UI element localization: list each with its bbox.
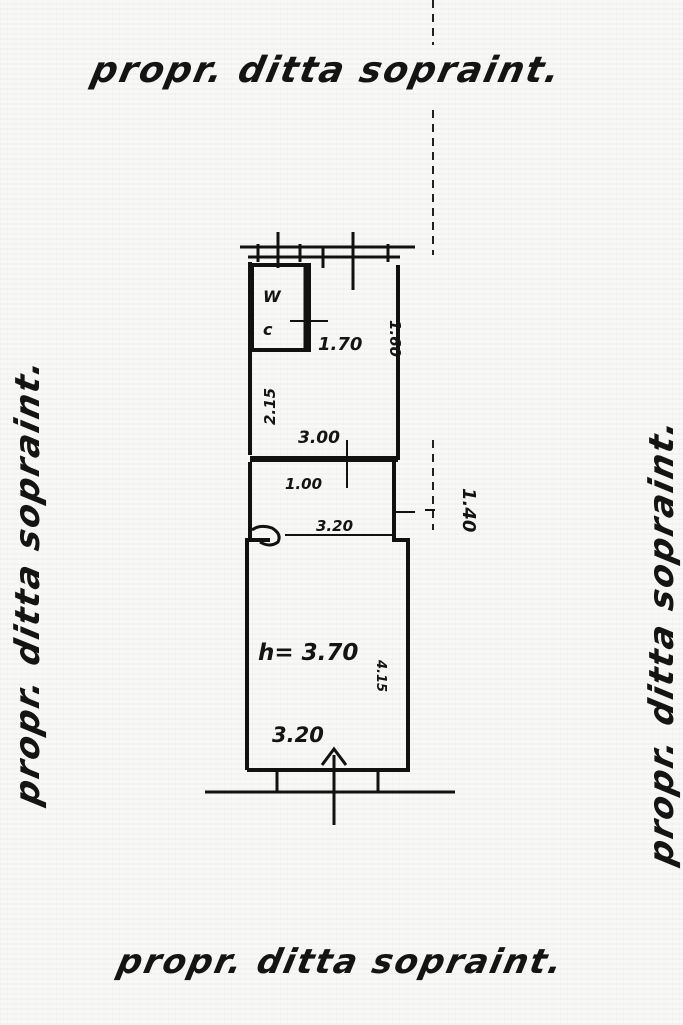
height-dimension: 1.60 (386, 320, 404, 357)
bottom-boundary (205, 749, 455, 825)
main-room-width: 3.20 (272, 723, 324, 747)
kitchen-width-dimension: 3.00 (298, 428, 340, 448)
wc-label-w: W (263, 287, 282, 306)
top-boundary (240, 232, 415, 290)
passage-width-dimension: 1.00 (285, 475, 322, 493)
wc-label-c: c (263, 320, 273, 339)
main-room-height: h= 3.70 (258, 640, 358, 666)
depth-dimension: 2.15 (261, 388, 279, 425)
external-vertical-dimension: 1.40 (458, 488, 479, 532)
main-room-side-dimension: 4.15 (373, 659, 388, 692)
passage-bottom-dimension: 3.20 (316, 517, 353, 535)
floor-plan: W c 1.70 1.60 2.15 3.00 1.00 3.20 1.40 h… (0, 0, 683, 1025)
door-swing (252, 526, 279, 545)
corridor-dimension: 1.70 (318, 334, 362, 355)
